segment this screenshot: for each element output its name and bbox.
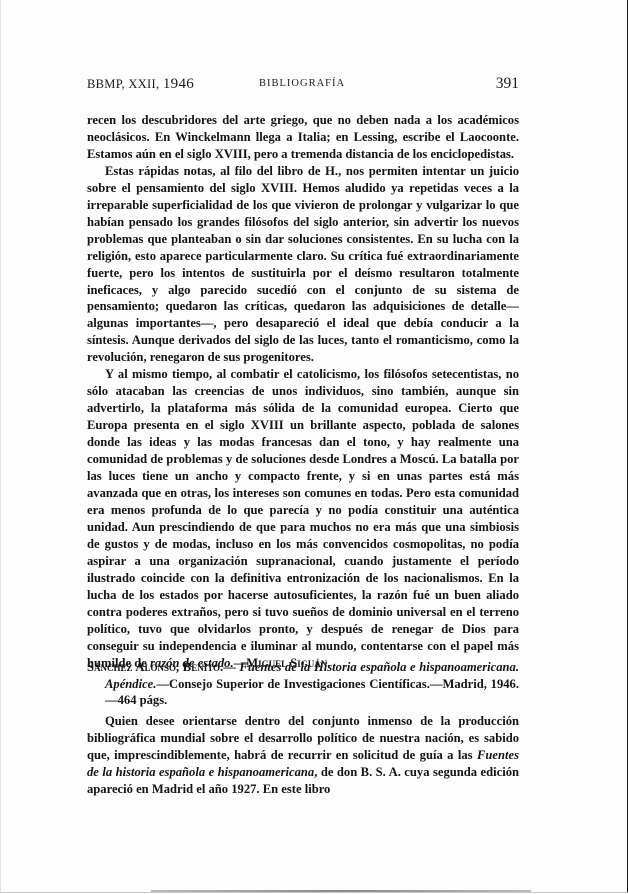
section-title: BIBLIOGRAFÍA [259, 78, 345, 89]
running-header: BBMP, XXII, 1946 BIBLIOGRAFÍA 391 [87, 76, 519, 96]
article-body: recen los descubridores del arte griego,… [87, 112, 519, 671]
paragraph-final: Y al mismo tiempo, al combatir el catoli… [87, 366, 519, 671]
page-edge-shadow [151, 890, 531, 892]
review-author: Sánchez Alonso, Benito. [87, 660, 223, 674]
paragraph: Quien desee orientarse dentro del conjun… [87, 713, 519, 798]
paragraph-continued: recen los descubridores del arte griego,… [87, 112, 519, 163]
em-dash: — [223, 660, 236, 674]
paragraph: Estas rápidas notas, al filo del libro d… [87, 163, 519, 366]
paragraph-text: Y al mismo tiempo, al combatir el catoli… [87, 367, 519, 669]
journal-name: BBMP, XXII, [87, 77, 159, 91]
review-body: Quien desee orientarse dentro del conjun… [87, 713, 519, 798]
publication-details: —Consejo Superior de Investigaciones Cie… [105, 677, 519, 708]
bibliographic-entry: Sánchez Alonso, Benito.— Fuentes de la H… [87, 659, 519, 709]
journal-year: 1946 [163, 76, 194, 92]
page-number: 391 [496, 75, 519, 93]
scanned-page: BBMP, XXII, 1946 BIBLIOGRAFÍA 391 recen … [0, 0, 628, 893]
paragraph-text: Quien desee orientarse dentro del conjun… [87, 714, 519, 762]
journal-citation: BBMP, XXII, 1946 [87, 76, 194, 93]
